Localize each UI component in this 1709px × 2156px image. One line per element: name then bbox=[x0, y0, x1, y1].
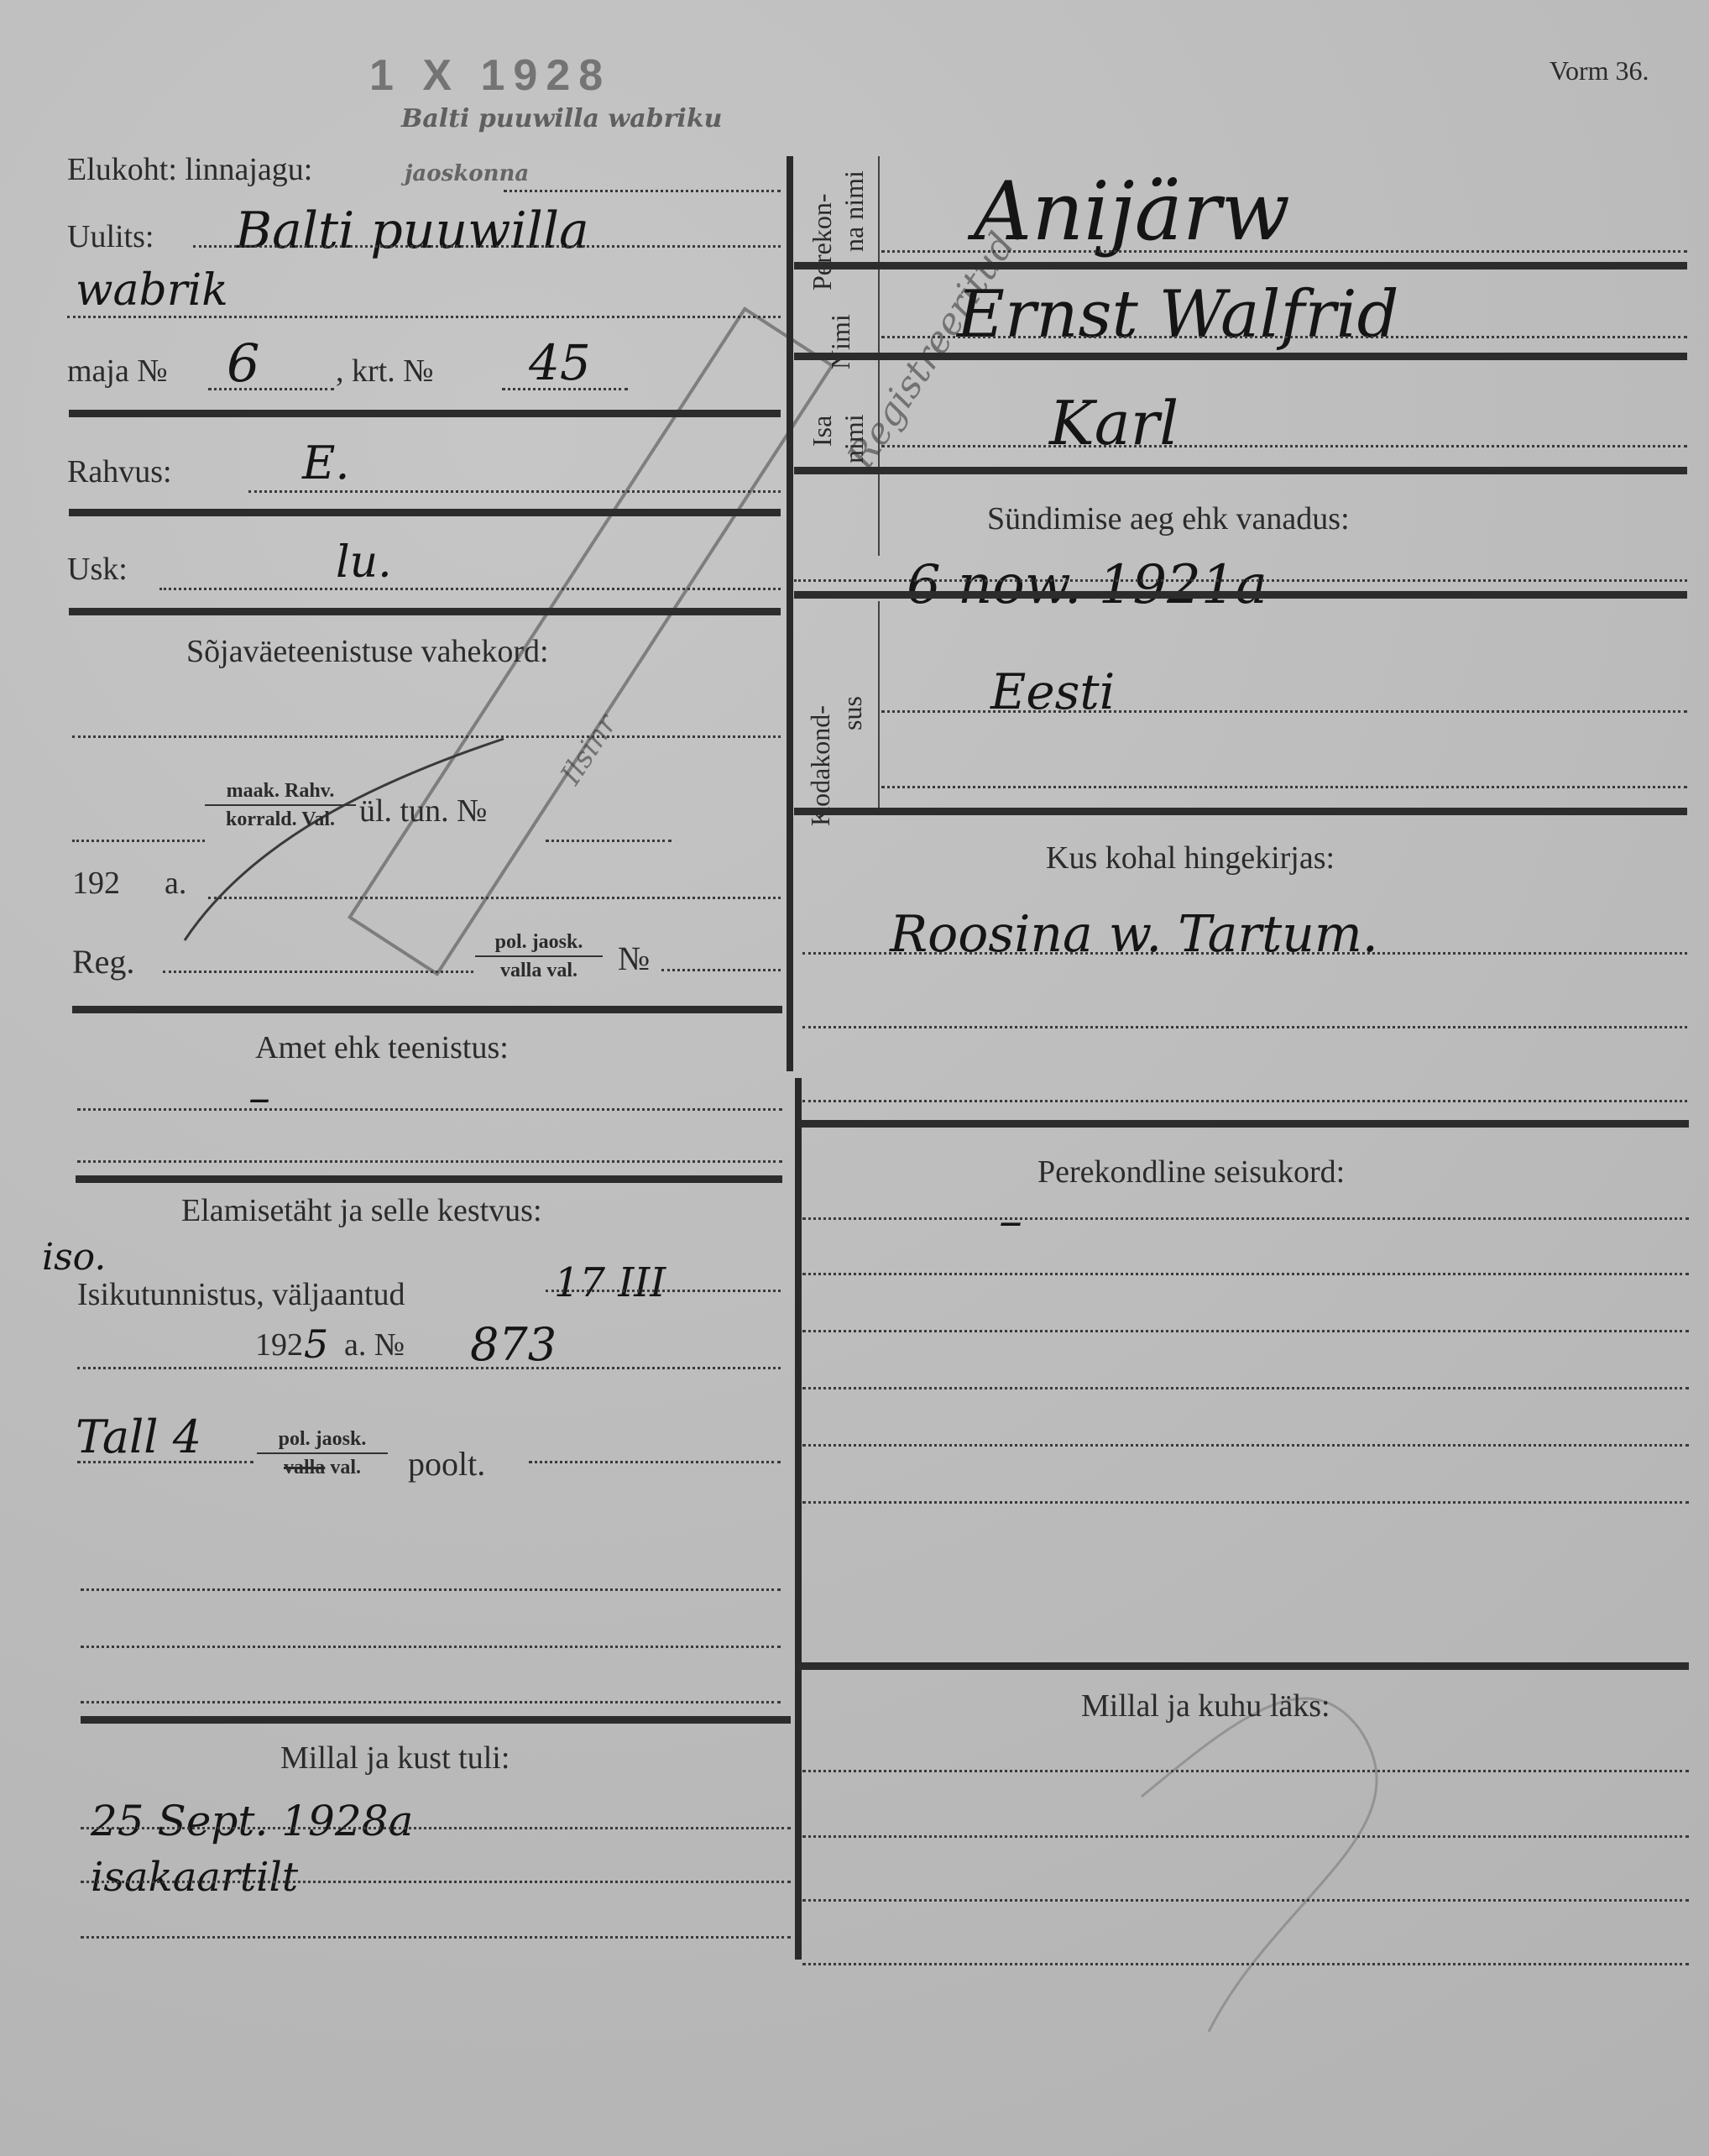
sundimine-field-line[interactable] bbox=[794, 579, 1687, 582]
sojavae-field-line2[interactable] bbox=[72, 840, 205, 842]
number-value: 873 bbox=[470, 1318, 557, 1371]
nimi-value: Ernst Walfrid bbox=[957, 277, 1399, 353]
section-divider bbox=[794, 591, 1687, 599]
year-prefix: 192 bbox=[255, 1327, 303, 1363]
millal-laks-heading: Millal ja kuhu läks: bbox=[1081, 1688, 1330, 1724]
poolt-field-line[interactable] bbox=[529, 1461, 781, 1463]
label-divider bbox=[878, 601, 880, 811]
millal-tuli-field-line2[interactable] bbox=[81, 1881, 791, 1883]
frac-bottom: valla val. bbox=[257, 1454, 388, 1479]
uulits-value-line1: Balti puuwilla bbox=[235, 201, 589, 260]
column-divider-bottom bbox=[795, 1078, 802, 1960]
section-divider bbox=[794, 808, 1687, 815]
rahvus-field-line[interactable] bbox=[248, 490, 781, 493]
section-divider bbox=[76, 1175, 782, 1183]
amet-value: – bbox=[248, 1073, 270, 1123]
krt-field-line[interactable] bbox=[502, 388, 628, 390]
perekondline-field-line2[interactable] bbox=[802, 1273, 1689, 1275]
perekondline-field-line6[interactable] bbox=[802, 1501, 1689, 1504]
maja-value: 6 bbox=[227, 332, 259, 394]
section-divider bbox=[794, 467, 1687, 474]
usk-value: lu. bbox=[336, 537, 392, 588]
nimi-label: Nimi bbox=[826, 314, 854, 369]
usk-label: Usk: bbox=[67, 551, 128, 588]
krt-value: 45 bbox=[529, 334, 591, 391]
frac-bottom: valla val. bbox=[475, 957, 603, 982]
perekondline-field-line5[interactable] bbox=[802, 1444, 1689, 1447]
sojavae-field-line1[interactable] bbox=[72, 735, 781, 738]
a-label: a. bbox=[165, 865, 186, 902]
rahvus-label: Rahvus: bbox=[67, 453, 172, 490]
perekondline-field-line3[interactable] bbox=[802, 1330, 1689, 1332]
hingekiri-field-line1[interactable] bbox=[802, 952, 1687, 955]
kodakondsus-label-2: sus bbox=[838, 696, 866, 730]
military-district-fraction: maak. Rahv. korrald. Val. bbox=[205, 779, 356, 831]
elamiseluba-field-line5[interactable] bbox=[81, 1701, 781, 1703]
section-divider bbox=[81, 1716, 791, 1724]
perekonnanimi-label-1: Perekon- bbox=[807, 193, 836, 290]
millal-tuli-value-line2: isakaartilt bbox=[91, 1854, 298, 1901]
isanimi-label-1: Isa bbox=[807, 416, 836, 447]
reg-no-field-line[interactable] bbox=[661, 969, 781, 971]
perekondline-value: – bbox=[999, 1194, 1022, 1248]
issued-field-line[interactable] bbox=[546, 1290, 781, 1292]
millal-tuli-field-line3[interactable] bbox=[81, 1936, 791, 1939]
usk-field-line[interactable] bbox=[159, 588, 781, 590]
millal-laks-field-line1[interactable] bbox=[802, 1770, 1689, 1772]
elukoht-stamped-value: jaoskonna bbox=[405, 161, 529, 186]
column-divider-top bbox=[787, 156, 793, 1071]
isanimi-field-line[interactable] bbox=[881, 445, 1687, 447]
section-divider bbox=[72, 1006, 782, 1013]
ul-tun-field-line[interactable] bbox=[546, 840, 672, 842]
millal-laks-field-line3[interactable] bbox=[802, 1899, 1689, 1902]
millal-tuli-field-line1[interactable] bbox=[81, 1827, 791, 1829]
elamiseluba-field-line3[interactable] bbox=[81, 1588, 781, 1591]
reg-label: Reg. bbox=[72, 942, 134, 981]
elamiseluba-field-line4[interactable] bbox=[81, 1646, 781, 1648]
millal-laks-field-line4[interactable] bbox=[802, 1963, 1689, 1965]
section-divider bbox=[797, 1120, 1689, 1128]
section-divider bbox=[794, 353, 1687, 360]
uulits-label: Uulits: bbox=[67, 218, 154, 255]
millal-tuli-heading: Millal ja kust tuli: bbox=[280, 1740, 510, 1777]
frac-top: pol. jaosk. bbox=[475, 930, 603, 957]
hingekiri-heading: Kus kohal hingekirjas: bbox=[1046, 840, 1335, 877]
rahvus-value: E. bbox=[302, 437, 350, 489]
elukoht-field-line[interactable] bbox=[504, 190, 781, 192]
uulits-field-line1[interactable] bbox=[193, 245, 781, 248]
section-divider bbox=[69, 509, 781, 516]
perekonnanimi-field-line[interactable] bbox=[881, 250, 1687, 253]
kodakondsus-field-line1[interactable] bbox=[881, 710, 1687, 713]
section-divider bbox=[799, 1662, 1689, 1670]
year-no-field-line[interactable] bbox=[77, 1367, 781, 1369]
frac-top: maak. Rahv. bbox=[205, 779, 356, 806]
hingekiri-field-line3[interactable] bbox=[802, 1100, 1687, 1102]
section-divider bbox=[794, 262, 1687, 269]
year-label: 192 bbox=[72, 865, 120, 902]
millal-tuli-value-line1: 25 Sept. 1928a bbox=[91, 1797, 413, 1845]
frac-bottom-val: val. bbox=[330, 1457, 361, 1478]
sundimine-value: 6 now. 1921a bbox=[907, 554, 1267, 616]
sundimine-heading: Sündimise aeg ehk vanadus: bbox=[987, 500, 1350, 537]
sojavae-heading: Sõjaväeteenistuse vahekord: bbox=[186, 633, 549, 670]
millal-laks-field-line2[interactable] bbox=[802, 1835, 1689, 1838]
section-divider bbox=[69, 410, 781, 417]
amet-heading: Amet ehk teenistus: bbox=[255, 1029, 509, 1066]
nimi-field-line[interactable] bbox=[881, 336, 1687, 338]
ul-tun-label: ül. tun. № bbox=[359, 793, 487, 829]
amet-field-line2[interactable] bbox=[77, 1160, 782, 1163]
year-field-line[interactable] bbox=[208, 897, 781, 899]
kodakondsus-field-line2[interactable] bbox=[881, 786, 1687, 788]
police-district-fraction: pol. jaosk. valla val. bbox=[475, 930, 603, 982]
hingekiri-field-line2[interactable] bbox=[802, 1026, 1687, 1028]
isanimi-label-2: nimi bbox=[839, 414, 868, 463]
perekonnanimi-value: Anijärw bbox=[974, 165, 1290, 259]
issued-value: 17 III bbox=[554, 1259, 666, 1306]
isanimi-value: Karl bbox=[1049, 388, 1179, 458]
hingekiri-value: Roosina w. Tartum. bbox=[890, 905, 1378, 964]
a-no-label: a. № bbox=[344, 1327, 405, 1363]
issuer-value: Tall 4 bbox=[76, 1410, 201, 1463]
maja-label: maja № bbox=[67, 353, 168, 390]
maja-field-line[interactable] bbox=[208, 388, 334, 390]
frac-bottom-struck: valla bbox=[284, 1457, 325, 1478]
poolt-label: poolt. bbox=[408, 1444, 485, 1484]
year-value: 5 bbox=[304, 1321, 328, 1367]
amet-field-line1[interactable] bbox=[77, 1108, 782, 1111]
elamiseluba-note: iso. bbox=[42, 1236, 106, 1279]
uulits-value-line2: wabrik bbox=[76, 265, 228, 316]
perekondline-field-line1[interactable] bbox=[802, 1217, 1689, 1220]
section-divider bbox=[69, 608, 781, 615]
elamiseluba-heading: Elamisetäht ja selle kestvus: bbox=[181, 1192, 542, 1229]
no-label: № bbox=[618, 939, 650, 978]
issuer-field-line[interactable] bbox=[77, 1461, 253, 1463]
krt-label: , krt. № bbox=[336, 353, 433, 390]
perekonnanimi-label-2: na nimi bbox=[839, 170, 868, 252]
issuer-fraction: pol. jaosk. valla val. bbox=[257, 1427, 388, 1479]
isikutunnistus-label: Isikutunnistus, väljaantud bbox=[77, 1276, 405, 1313]
perekondline-field-line4[interactable] bbox=[802, 1387, 1689, 1389]
elukoht-label: Elukoht: linnajagu: bbox=[67, 151, 312, 188]
frac-top: pol. jaosk. bbox=[257, 1427, 388, 1454]
perekondline-heading: Perekondline seisukord: bbox=[1037, 1154, 1345, 1191]
frac-bottom: korrald. Val. bbox=[205, 806, 356, 831]
reg-field-line[interactable] bbox=[163, 971, 473, 973]
uulits-field-line2[interactable] bbox=[67, 316, 781, 318]
